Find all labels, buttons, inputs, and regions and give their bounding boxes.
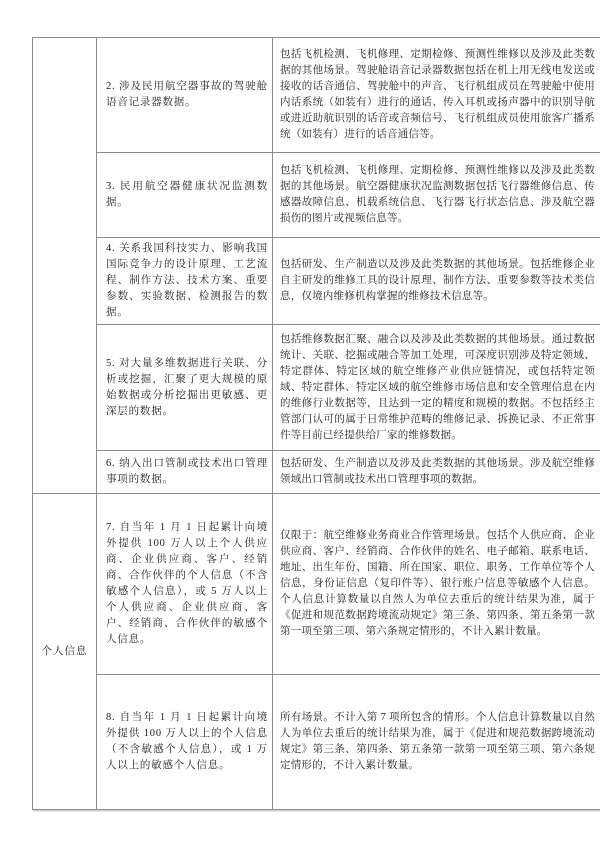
data-export-catalog-table: 2. 涉及民用航空器事故的驾驶舱语音记录器数据。 包括飞机检测、飞机修理、定期检… — [32, 37, 600, 810]
description-cell: 包括维修数据汇聚、融合以及涉及此类数据的其他场景。通过数据统计、关联、挖掘或融合… — [273, 325, 600, 451]
description-cell: 包括飞机检测、飞机修理、定期检修、预测性维修以及涉及此类数据的其他场景。驾驶舱语… — [273, 38, 600, 153]
description-cell: 包括研发、生产制造以及涉及此类数据的其他场景。包括维修企业自主研发的维修工具的设… — [273, 238, 600, 325]
table-row: 2. 涉及民用航空器事故的驾驶舱语音记录器数据。 包括飞机检测、飞机修理、定期检… — [33, 38, 600, 153]
item-cell: 5. 对大量多维数据进行关联、分析或挖掘，汇聚了更大规模的原始数据或分析挖掘出更… — [97, 325, 273, 451]
category-cell-continued — [33, 38, 97, 494]
table-row: 8. 自当年 1 月 1 日起累计向境外提供 100 万人以上的个人信息（不含敏… — [33, 675, 600, 810]
description-cell: 包括研发、生产制造以及涉及此类数据的其他场景。涉及航空维修领域出口管制或技术出口… — [273, 451, 600, 494]
item-cell: 2. 涉及民用航空器事故的驾驶舱语音记录器数据。 — [97, 38, 273, 153]
item-cell: 6. 纳入出口管制或技术出口管理事项的数据。 — [97, 451, 273, 494]
description-cell: 仅限于：航空维修业务商业合作管理场景。包括个人供应商、企业供应商、客户、经销商、… — [273, 494, 600, 675]
item-cell: 4. 关系我国科技实力、影响我国国际竞争力的设计原理、工艺流程、制作方法、技术方… — [97, 238, 273, 325]
description-cell: 包括飞机检测、飞机修理、定期检修、预测性维修以及涉及此类数据的其他场景。航空器健… — [273, 153, 600, 238]
document-page: { "document": { "language": "zh-CN", "te… — [0, 0, 600, 848]
item-cell: 8. 自当年 1 月 1 日起累计向境外提供 100 万人以上的个人信息（不含敏… — [97, 675, 273, 810]
table-row: 6. 纳入出口管制或技术出口管理事项的数据。 包括研发、生产制造以及涉及此类数据… — [33, 451, 600, 494]
table-row: 3. 民用航空器健康状况监测数据。 包括飞机检测、飞机修理、定期检修、预测性维修… — [33, 153, 600, 238]
table-row: 5. 对大量多维数据进行关联、分析或挖掘，汇聚了更大规模的原始数据或分析挖掘出更… — [33, 325, 600, 451]
item-cell: 3. 民用航空器健康状况监测数据。 — [97, 153, 273, 238]
item-cell: 7. 自当年 1 月 1 日起累计向境外提供 100 万人以上个人供应商、企业供… — [97, 494, 273, 675]
category-cell-personal-info: 个人信息 — [33, 494, 97, 810]
table-row: 个人信息 7. 自当年 1 月 1 日起累计向境外提供 100 万人以上个人供应… — [33, 494, 600, 675]
description-cell: 所有场景。不计入第 7 项所包含的情形。个人信息计算数量以自然人为单位去重后的统… — [273, 675, 600, 810]
table-row: 4. 关系我国科技实力、影响我国国际竞争力的设计原理、工艺流程、制作方法、技术方… — [33, 238, 600, 325]
